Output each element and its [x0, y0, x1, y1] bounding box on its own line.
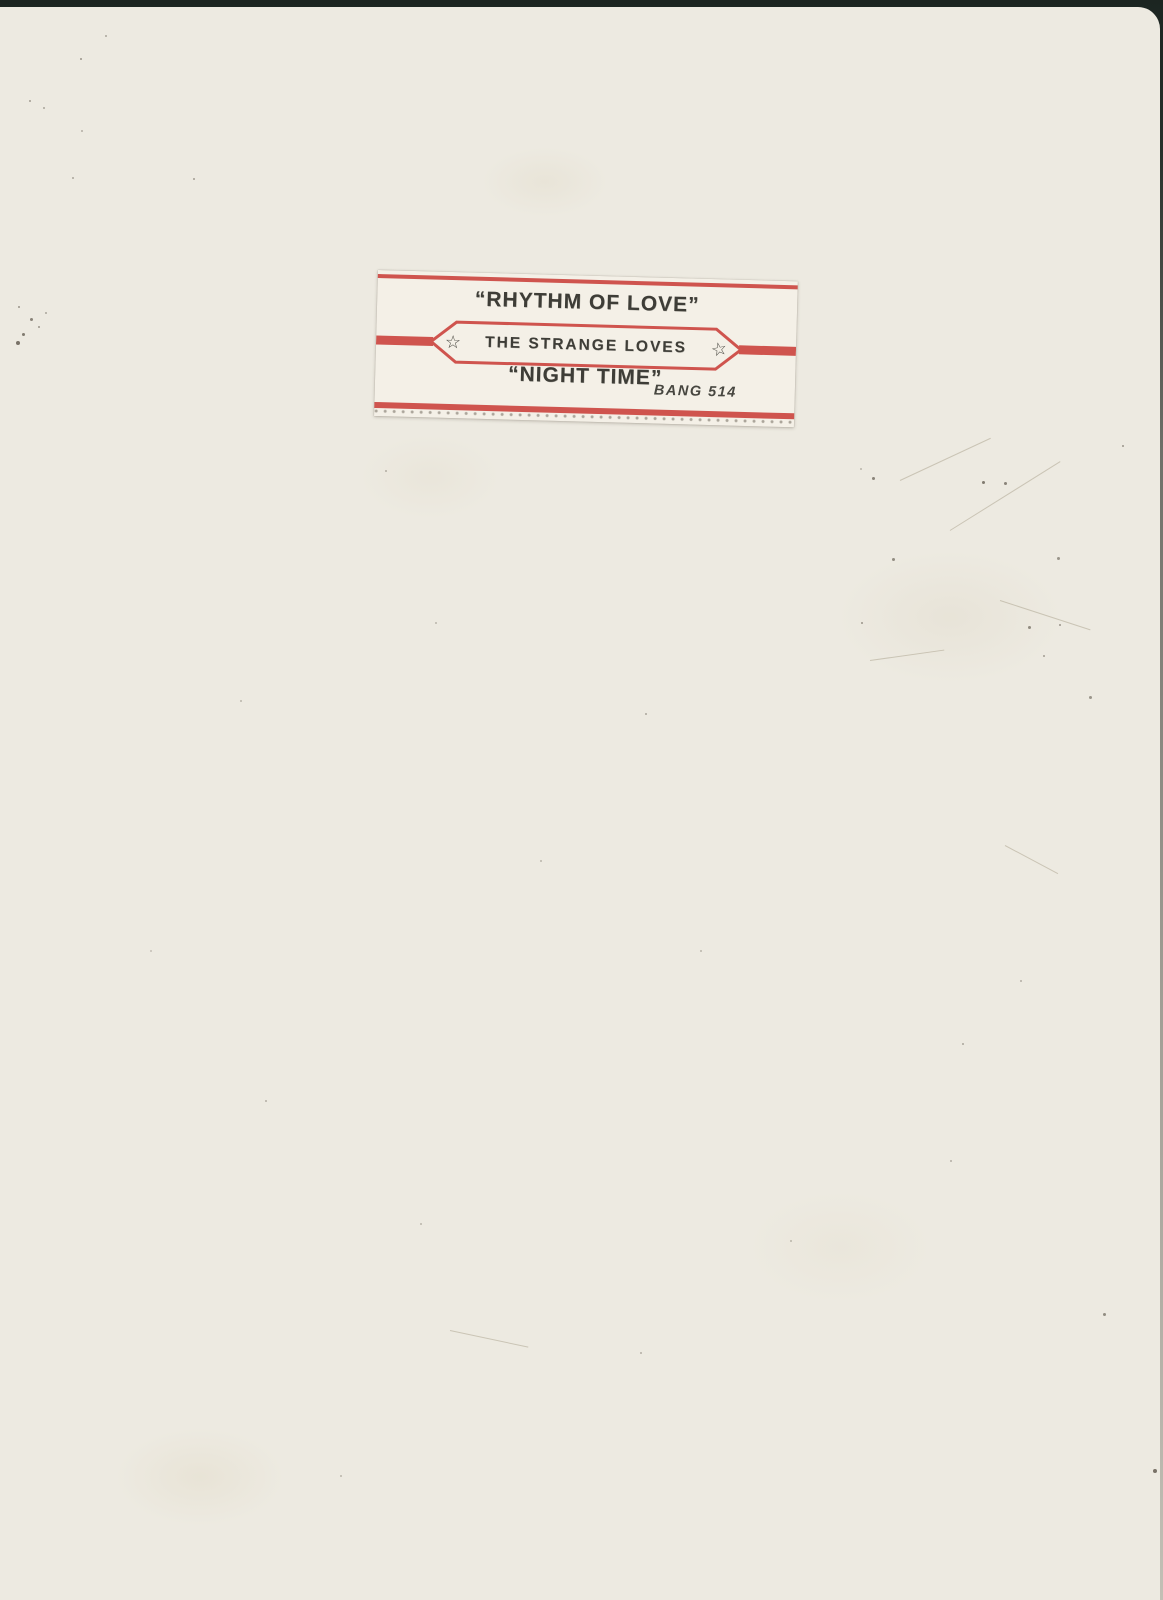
star-icon: ☆: [445, 333, 462, 351]
catalog-number: BANG 514: [654, 383, 737, 401]
artist-name: THE STRANGE LOVES: [485, 334, 687, 357]
cream-card: [0, 7, 1160, 1600]
photo-background: “RHYTHM OF LOVE” ☆ THE STRANGE LOVES ☆ “…: [0, 0, 1163, 1600]
side-a-title: “RHYTHM OF LOVE”: [377, 286, 797, 319]
star-icon: ☆: [709, 339, 729, 360]
jukebox-title-strip: “RHYTHM OF LOVE” ☆ THE STRANGE LOVES ☆ “…: [374, 270, 798, 427]
